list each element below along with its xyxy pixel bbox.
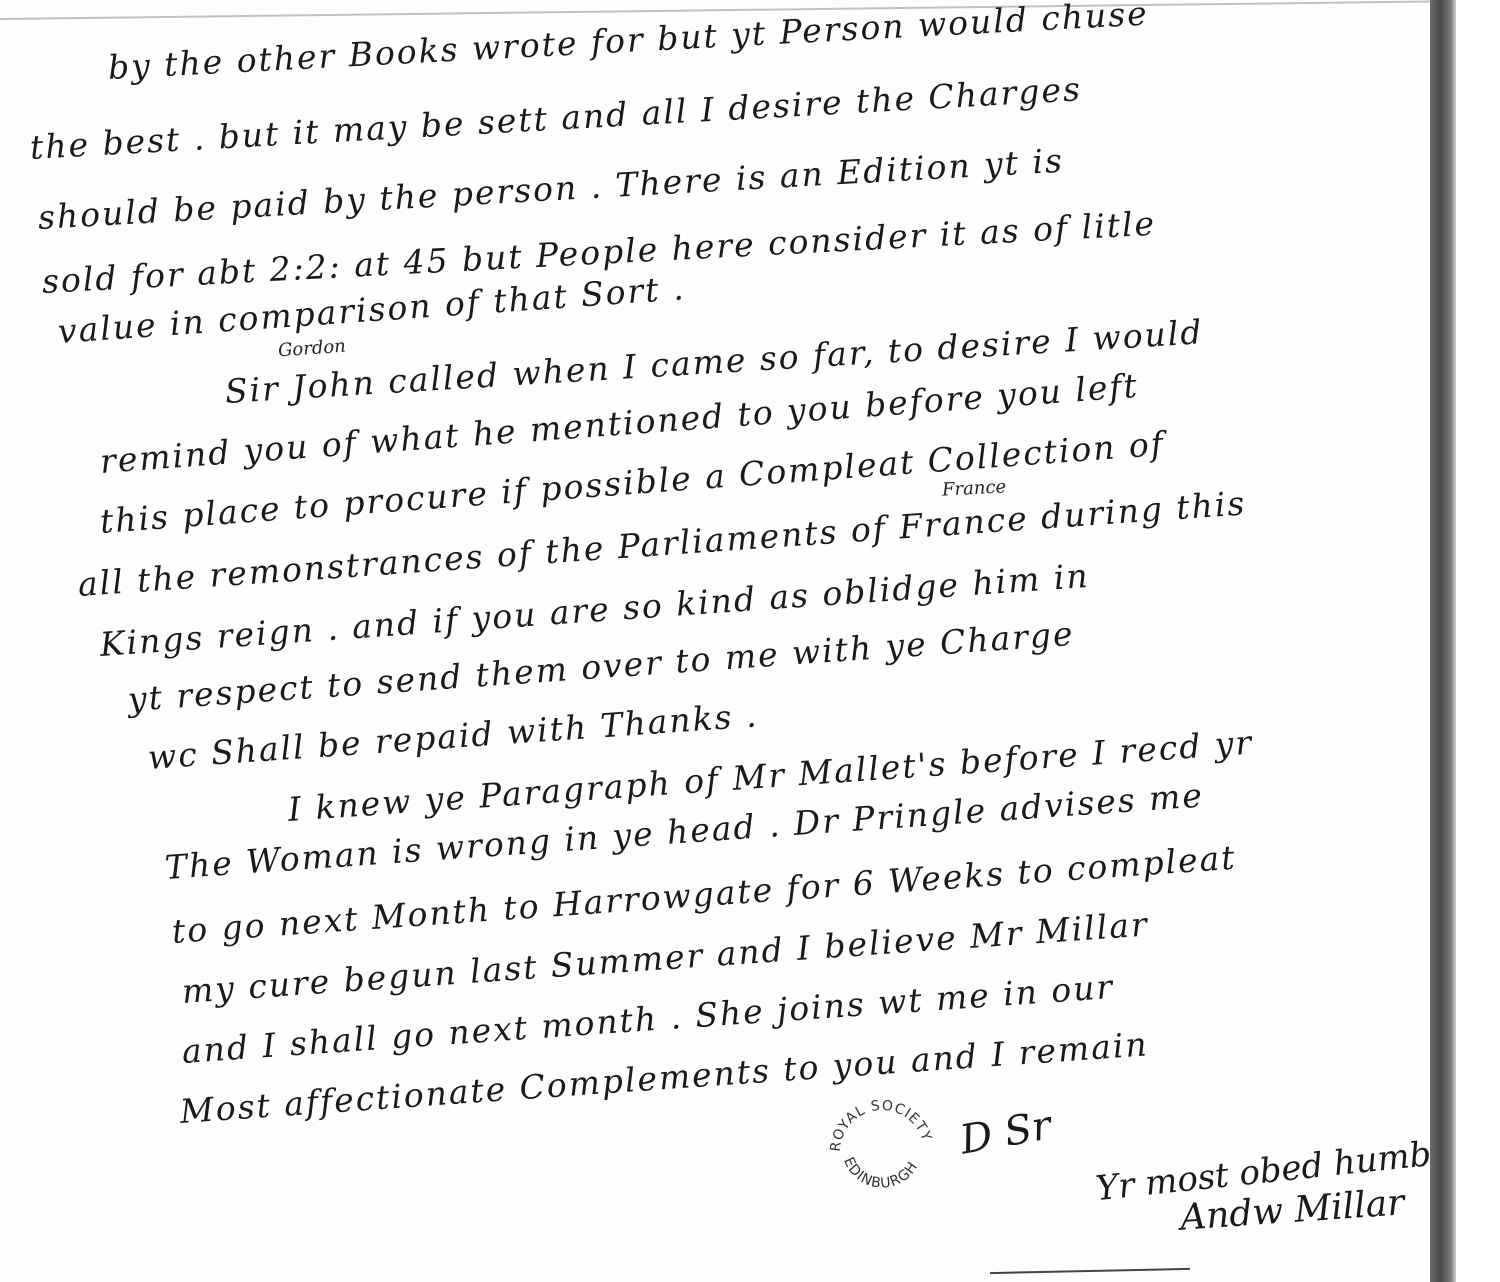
royal-society-edinburgh-stamp: ROYAL SOCIETY EDINBURGH (822, 1090, 942, 1210)
bottom-rule (990, 1268, 1190, 1274)
svg-text:ROYAL SOCIETY: ROYAL SOCIETY (828, 1098, 935, 1153)
right-margin (1456, 0, 1500, 1282)
stamp-bottom-text: EDINBURGH (840, 1155, 921, 1192)
interlinear-france: France (941, 476, 1006, 500)
salutation: D Sr (957, 1102, 1055, 1163)
interlinear-gordon: Gordon (277, 336, 346, 362)
letter-page: by the other Books wrote for but yt Pers… (0, 0, 1500, 1282)
stamp-top-text: ROYAL SOCIETY (828, 1098, 935, 1153)
page-binding-edge (1430, 0, 1456, 1282)
svg-text:EDINBURGH: EDINBURGH (840, 1155, 921, 1192)
